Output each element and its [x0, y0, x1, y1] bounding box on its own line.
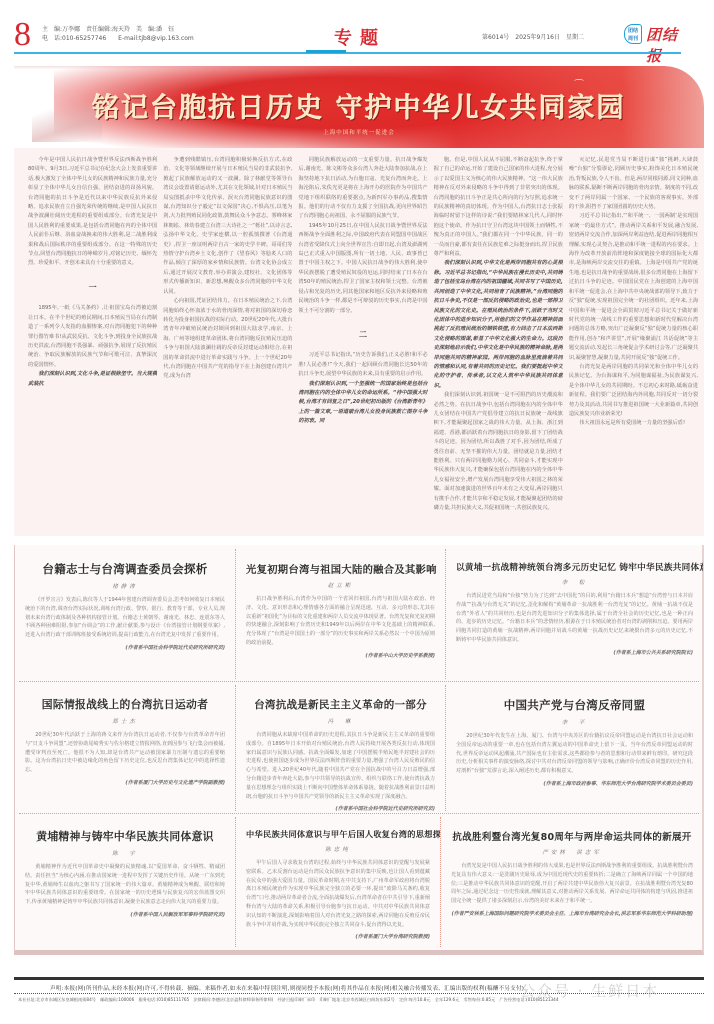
newspaper-logo: 团结报 [646, 24, 686, 66]
author-credit: (作者系中国社会科学院近代史研究所研究员) [246, 805, 435, 811]
article-author: 冯 琳 [246, 717, 435, 725]
logo-line-2: 周刊 [625, 35, 641, 43]
article-text: 20世纪30年代发生在上海、厦门、台湾与中央苏区的台籍抗议反帝同盟运动是台湾抗日… [456, 732, 693, 776]
article-title: 黄埔精神与铸牢中华民族共同体意识 [25, 829, 225, 844]
article-text: 台湾光复是中国人民抗日战争胜利的伟大成果,也是世界反法西斯战争胜利的重要组成。抗… [451, 862, 693, 906]
headline: 铭记台胞抗日历史 守护中华儿女共同家园 [14, 86, 704, 125]
article-author: 李 平 [456, 718, 693, 726]
article-title: 台湾抗战是新民主主义革命的一部分 [246, 697, 435, 712]
article-author: 李 松 [456, 578, 693, 586]
paragraph: 争遭到残酷镇压,台湾同胞积极转换反抗方式,在政治、文化等领域继续开展与日本殖民当… [163, 156, 292, 297]
paragraph: 台湾光复是两岸同胞的共同荣光和全体中华儿女的民族记忆。为台海谋和平,为同胞谋福祉… [569, 363, 698, 419]
article-title: 中华民族共同体意识与甲午后国人收复台湾的思想探索 [246, 829, 430, 840]
article-author: 赵立彬 [246, 581, 435, 589]
section-number: 一 [28, 283, 157, 292]
feature-column-1: 今年是中国人民抗日战争暨世界反法西斯战争胜利80周年。9月3日,习近平总书记在纪… [28, 156, 157, 526]
article: 台籍志士与台湾调查委员会探析 褚静涛 《开罗宣言》发表后,陈仪等人于1944年创… [15, 549, 235, 679]
article: 光复初期台湾与祖国大陆的融合及其影响 赵立彬 抗日战争胜利后,台湾作为中国的一个… [235, 549, 445, 679]
article-author: 郑士杰 [25, 717, 225, 725]
article-text: 抗日战争胜利后,台湾作为中国的一个省回归祖国,台湾与祖国大陆在政治、经济、文化、… [246, 595, 435, 648]
paragraph: 我们深刻认识到,一个坚强统一的国家始终是包括台湾同胞在内的全体中华儿女的命运所系… [298, 380, 427, 427]
article-author: 陈忠纯 [246, 845, 430, 853]
paragraph: 习近平总书记指出,“历史告诉我们,正义必胜!和平必胜!人民必胜!”今天,我们一起… [298, 351, 427, 379]
article-text: 台湾民进党当局和“台独”势力为了达到“去中国化”的目的,利用“台籍日本兵”想造“… [456, 592, 693, 645]
paragraph: 同胞民族解放运动的一支重要力量。抗日战争爆发后,谢南光、陈文彬等众多台湾人奔赴大… [298, 156, 427, 222]
paragraph: 伟大祖国永远是所有爱国统一力量的坚强后盾! [569, 419, 698, 428]
page-number: 8 [14, 18, 31, 52]
issue-date: 第6014号 2025年9月16日 星期二 [482, 32, 584, 41]
logo-line-1: 团结 [625, 27, 641, 35]
article-text: 20世纪30年代活跃于上海的蒋文来作为台湾抗日运动者,不仅参与台湾革命青年团与“… [25, 731, 225, 775]
paragraph: 我们深刻认识到,祖国统一是不可阻挡的历史潮流和必然之势。在抗日战争中,包括台湾同… [434, 391, 563, 513]
paragraph: 今年是中国人民抗日战争暨世界反法西斯战争胜利80周年。9月3日,习近平总书记在纪… [28, 156, 157, 269]
author-credit: (作者系中国社会科学院近代史研究所研究员) [25, 644, 225, 651]
article: 国际情报战线上的台湾抗日运动者 郑士杰 20世纪30年代活跃于上海的蒋文来作为台… [15, 685, 235, 811]
section-number: 二 [298, 330, 427, 339]
article-row-1: 台籍志士与台湾调查委员会探析 褚静涛 《开罗宣言》发表后,陈仪等人于1944年创… [15, 549, 703, 679]
row-divider [19, 813, 699, 814]
author-credit: (作者系中山大学历史学系教授) [246, 652, 435, 659]
paragraph: 心向祖国,凭证团结伟力。在日本殖民统治之下,台湾同胞始终心怀血浓于水的骨肉深情,… [163, 297, 292, 382]
publisher-info: 本社社址:北京市东城区东皇城根南街84号 邮政编码:100006 服务电话:(0… [18, 997, 559, 1003]
article-text: 黄埔精神作为近代中国革命史中凝聚的民族精魂,以“爱国革命、奋斗牺牲、精诚团结、责… [25, 863, 225, 907]
contact-line: 电 话:010-65257746 E-mail:tjb8@vip.163.com [42, 34, 194, 43]
article-text: 甲午后国人寻求收复台湾的过程,始终与中华民族共同体意识的觉醒与发展紧密联系。乙未… [246, 859, 430, 929]
masthead: 8 主 编:万李娜 责任编辑:海天羚 美 编:潘 钰 电 话:010-65257… [14, 18, 686, 54]
paragraph: 灭记忆,民进党当局不断进行谋“独”挑衅,大肆鼓噪“台独”分裂谬论,罔顾历史事实,… [569, 156, 698, 212]
editor-info: 主 编:万李娜 责任编辑:海天羚 美 编:潘 钰 电 话:010-6525774… [42, 25, 194, 43]
article-title: 台籍志士与台湾调查委员会探析 [25, 561, 225, 577]
article: 中华民族共同体意识与甲午后国人收复台湾的思想探索 陈忠纯 甲午后国人寻求收复台湾… [235, 817, 440, 947]
article-text: 台湾同胞从未缺席中国革命的历史进程,其抗日斗争是新民主主义革命的重要组成部分。自… [246, 731, 435, 801]
paragraph: 1945年10月25日,在中国人民抗日战争暨世界反法西斯战争全面胜利之际,中国政… [298, 222, 427, 316]
article-title: 抗战胜利暨台湾光复80周年与两岸命运共同体的新展开 [451, 829, 693, 843]
author-credit: (作者系上海市公共关系研究院院长) [456, 649, 693, 656]
article-author: 褚静涛 [25, 582, 225, 590]
author-credit: (作者严安林系上海国际问题研究院学术委员会主任、上海市台湾研究会会长,洪志军系华… [451, 910, 693, 917]
paragraph: 胞。但是,中国人民从不屈服,不断奋起抗争,终于掌握了自己的命运,开始了建设自己国… [434, 156, 563, 259]
paragraph: 我们深刻认识到,中华文化是两岸同胞共有的心灵根脉。习近平总书记指出,“中华民族在… [434, 259, 563, 391]
article-title: 以黄埔一抗战精神统领台湾多元历史记忆 铸牢中华民族共同体意识 [456, 561, 693, 573]
feature-column-2: 争遭到残酷镇压,台湾同胞积极转换反抗方式,在政治、文化等领域继续开展与日本殖民当… [163, 156, 292, 526]
article-row-3: 黄埔精神与铸牢中华民族共同体意识 陈 宇 黄埔精神作为近代中国革命史中凝聚的民族… [15, 817, 703, 947]
copyright-statement: 声明:本报(网)所刊作品,未经本报(网)许可,不得转载、摘编。来稿作者,如未在来… [50, 984, 530, 992]
article-title: 光复初期台湾与祖国大陆的融合及其影响 [246, 561, 435, 576]
article-text: 《开罗宣言》发表后,陈仪等人于1944年创建台湾调查委员会,思考如何收复日本殖民… [25, 596, 225, 640]
paragraph: 我们深刻认识到,文化斗争,是证根脉坚守。当大规模武装抗 [28, 370, 157, 389]
author-credit: (作者系中国人民解放军军事科学院研究员) [25, 911, 225, 918]
section-title: 专题 [334, 24, 386, 50]
banner-header: ⌒ 铭记台胞抗日历史 守护中华儿女共同家园 上海中国和平统一促进会 [14, 66, 704, 148]
row-divider [19, 681, 699, 682]
article: 中国共产党与台湾反帝同盟 李 平 20世纪30年代发生在上海、厦门、台湾与中央苏… [445, 685, 703, 811]
article: 台湾抗战是新民主主义革命的一部分 冯 琳 台湾同胞从未缺席中国革命的历史进程,其… [235, 685, 445, 811]
author-credit: (作者系厦门大学台湾研究院教授) [246, 933, 430, 940]
article-title: 中国共产党与台湾反帝同盟 [456, 697, 693, 713]
article-author: 严安林 洪志军 [451, 848, 693, 856]
article: 抗战胜利暨台湾光复80周年与两岸命运共同体的新展开 严安林 洪志军 台湾光复是中… [440, 817, 703, 947]
watermark: 公众号 · 生鲜日本 [520, 980, 659, 1001]
feature-article: ⌒ 铭记台胞抗日历史 守护中华儿女共同家园 上海中国和平统一促进会 今年是中国人… [14, 66, 704, 536]
article-grid: 台籍志士与台湾调查委员会探析 褚静涛 《开罗宣言》发表后,陈仪等人于1944年创… [14, 545, 704, 955]
weekly-logo-icon: 团结 周刊 [624, 24, 642, 44]
article: 以黄埔一抗战精神统领台湾多元历史记忆 铸牢中华民族共同体意识 李 松 台湾民进党… [445, 549, 703, 679]
header-rule [14, 52, 681, 54]
author-credit: (作者系厦门大学历史与文化遗产学院副教授) [25, 779, 225, 786]
author-credit: (作者系上海市政府参事、华东师范大学台湾研究院学术委员会委员) [456, 780, 693, 787]
byline: 上海中国和平统一促进会 [14, 128, 704, 136]
paragraph: 习近平总书记指出,“‘和平统一、一国两制’是实现国家统一的最佳方式”。推动两岸关… [569, 212, 698, 363]
article-row-2: 国际情报战线上的台湾抗日运动者 郑士杰 20世纪30年代活跃于上海的蒋文来作为台… [15, 685, 703, 811]
feature-column-4: 胞。但是,中国人民从不屈服,不断奋起抗争,终于掌握了自己的命运,开始了建设自己国… [434, 156, 563, 526]
section-underline [306, 50, 346, 53]
editor-line: 主 编:万李娜 责任编辑:海天羚 美 编:潘 钰 [42, 25, 194, 34]
article-author: 陈 宇 [25, 849, 225, 857]
feature-column-5: 灭记忆,民进党当局不断进行谋“独”挑衅,大肆鼓噪“台独”分裂谬论,罔顾历史事实,… [569, 156, 698, 526]
article-title: 国际情报战线上的台湾抗日运动者 [25, 697, 225, 712]
article: 黄埔精神与铸牢中华民族共同体意识 陈 宇 黄埔精神作为近代中国革命史中凝聚的民族… [15, 817, 235, 947]
paragraph: 1895年,一纸《马关条约》,让祖国宝岛台湾被迫割让日本。在半个世纪的殖民期间,… [28, 304, 157, 370]
feature-body: 今年是中国人民抗日战争暨世界反法西斯战争胜利80周年。9月3日,习近平总书记在纪… [28, 156, 698, 526]
feature-column-3: 同胞民族解放运动的一支重要力量。抗日战争爆发后,谢南光、陈文彬等众多台湾人奔赴大… [298, 156, 427, 526]
